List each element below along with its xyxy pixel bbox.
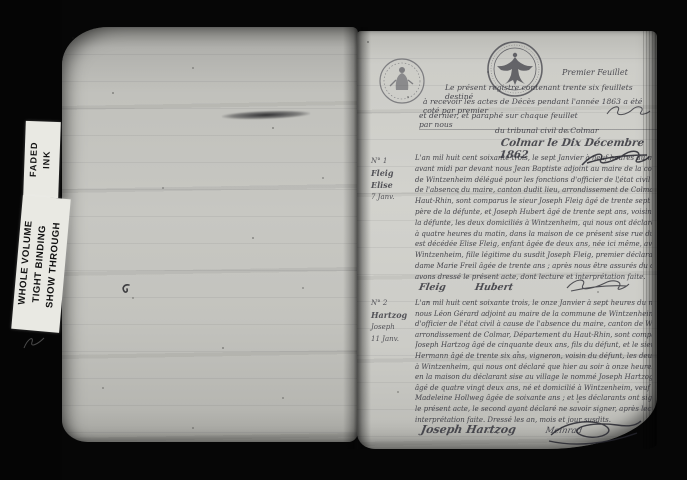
act-line: Joseph Hartzog âgé de cinquante deux ans… bbox=[415, 340, 652, 351]
act-line: Hermann âgé de trente six ans, vigneron,… bbox=[415, 351, 652, 362]
film-edge-strip: FADED INK WHOLE VOLUME TIGHT BINDING SHO… bbox=[0, 0, 62, 480]
act-line: Madeleine Hollweg âgée de soixante ans ;… bbox=[415, 393, 652, 404]
right-page-register: Premier Feuillet Le présent registre con… bbox=[357, 31, 657, 449]
deceased-firstname: Elise bbox=[371, 179, 415, 191]
act-date: 7 Janv. bbox=[371, 191, 415, 203]
signature-declarant-2: Hubert bbox=[474, 282, 514, 293]
officer-signature-paraph bbox=[545, 417, 645, 447]
premier-feuillet-note: Premier Feuillet bbox=[562, 68, 628, 77]
act-line: la défunte, les deux domiciliés à Wintze… bbox=[415, 218, 652, 229]
book-gutter-shadow bbox=[343, 27, 371, 449]
act-line: L'an mil huit cent soixante trois, le on… bbox=[415, 298, 652, 309]
act-2-body: L'an mil huit cent soixante trois, le on… bbox=[415, 298, 652, 425]
act-number: N° 1 bbox=[371, 155, 415, 167]
label-text: INK bbox=[39, 121, 55, 197]
act-1-margin-note: N° 1 Fleig Elise 7 Janv. bbox=[371, 155, 415, 203]
deceased-firstname: Joseph bbox=[371, 321, 415, 333]
act-line: de Wintzenheim délégué pour les fonction… bbox=[415, 175, 652, 186]
ink-smudge bbox=[222, 109, 310, 120]
act-line: en la maison du déclarant sise au villag… bbox=[415, 372, 652, 383]
act-line: âgé de quatre vingt deux ans, né et domi… bbox=[415, 383, 652, 394]
signature-declarant-1: Fleig bbox=[418, 282, 447, 293]
timbre-imperial-figure-stamp-icon bbox=[377, 56, 427, 106]
act-line: de l'absence du maire, canton dudit lieu… bbox=[415, 185, 652, 196]
stray-ink-mark bbox=[120, 282, 134, 296]
archival-register-scan: Premier Feuillet Le présent registre con… bbox=[0, 0, 687, 480]
paper-specks bbox=[72, 37, 74, 39]
act-line: est décédée Elise Fleig, enfant âgée de … bbox=[415, 239, 652, 250]
pencil-scribble bbox=[20, 330, 50, 354]
act-line: à Wintzenheim, qui nous ont déclaré que … bbox=[415, 362, 652, 373]
act-date: 11 Janv. bbox=[371, 333, 415, 345]
act-line: Haut-Rhin, sont comparus le sieur Joseph… bbox=[415, 196, 652, 207]
left-page-blank bbox=[62, 27, 358, 442]
act-1-body: L'an mil huit cent soixante trois, le se… bbox=[415, 153, 652, 283]
act-line: d'officier de l'état civil à cause de l'… bbox=[415, 319, 652, 330]
act-line: à quatre heures du matin, dans la maison… bbox=[415, 229, 652, 240]
deceased-surname: Fleig bbox=[371, 167, 415, 179]
act-line: le présent acte, le second ayant déclaré… bbox=[415, 404, 652, 415]
act-line: arrondissement de Colmar, Département du… bbox=[415, 330, 652, 341]
ruled-lines bbox=[62, 27, 358, 442]
overwritten-signature-flourish bbox=[579, 147, 651, 171]
page-edge-striations bbox=[643, 31, 657, 449]
act-line: nous Léon Gérard adjoint au maire de la … bbox=[415, 309, 652, 320]
signature-declarant-1: Joseph Hartzog bbox=[420, 423, 517, 436]
condition-label-faded-ink: FADED INK bbox=[23, 121, 61, 198]
act-line: père de la défunte, et Joseph Hubert âgé… bbox=[415, 207, 652, 218]
act-number: N° 2 bbox=[371, 297, 415, 309]
register-header-line: du tribunal civil de Colmar bbox=[495, 126, 598, 135]
act-line: Wintzenheim, fille légitime du susdit Jo… bbox=[415, 250, 652, 261]
act-2-margin-note: N° 2 Hartzog Joseph 11 Janv. bbox=[371, 297, 415, 345]
condition-label-binding: WHOLE VOLUME TIGHT BINDING SHOW THROUGH bbox=[11, 195, 70, 333]
act-line: dame Marie Freil âgée de trente ans ; ap… bbox=[415, 261, 652, 272]
deceased-surname: Hartzog bbox=[371, 309, 415, 321]
officer-signature-flourish bbox=[565, 275, 631, 295]
act-1-signatures: Fleig Hubert bbox=[418, 282, 540, 293]
